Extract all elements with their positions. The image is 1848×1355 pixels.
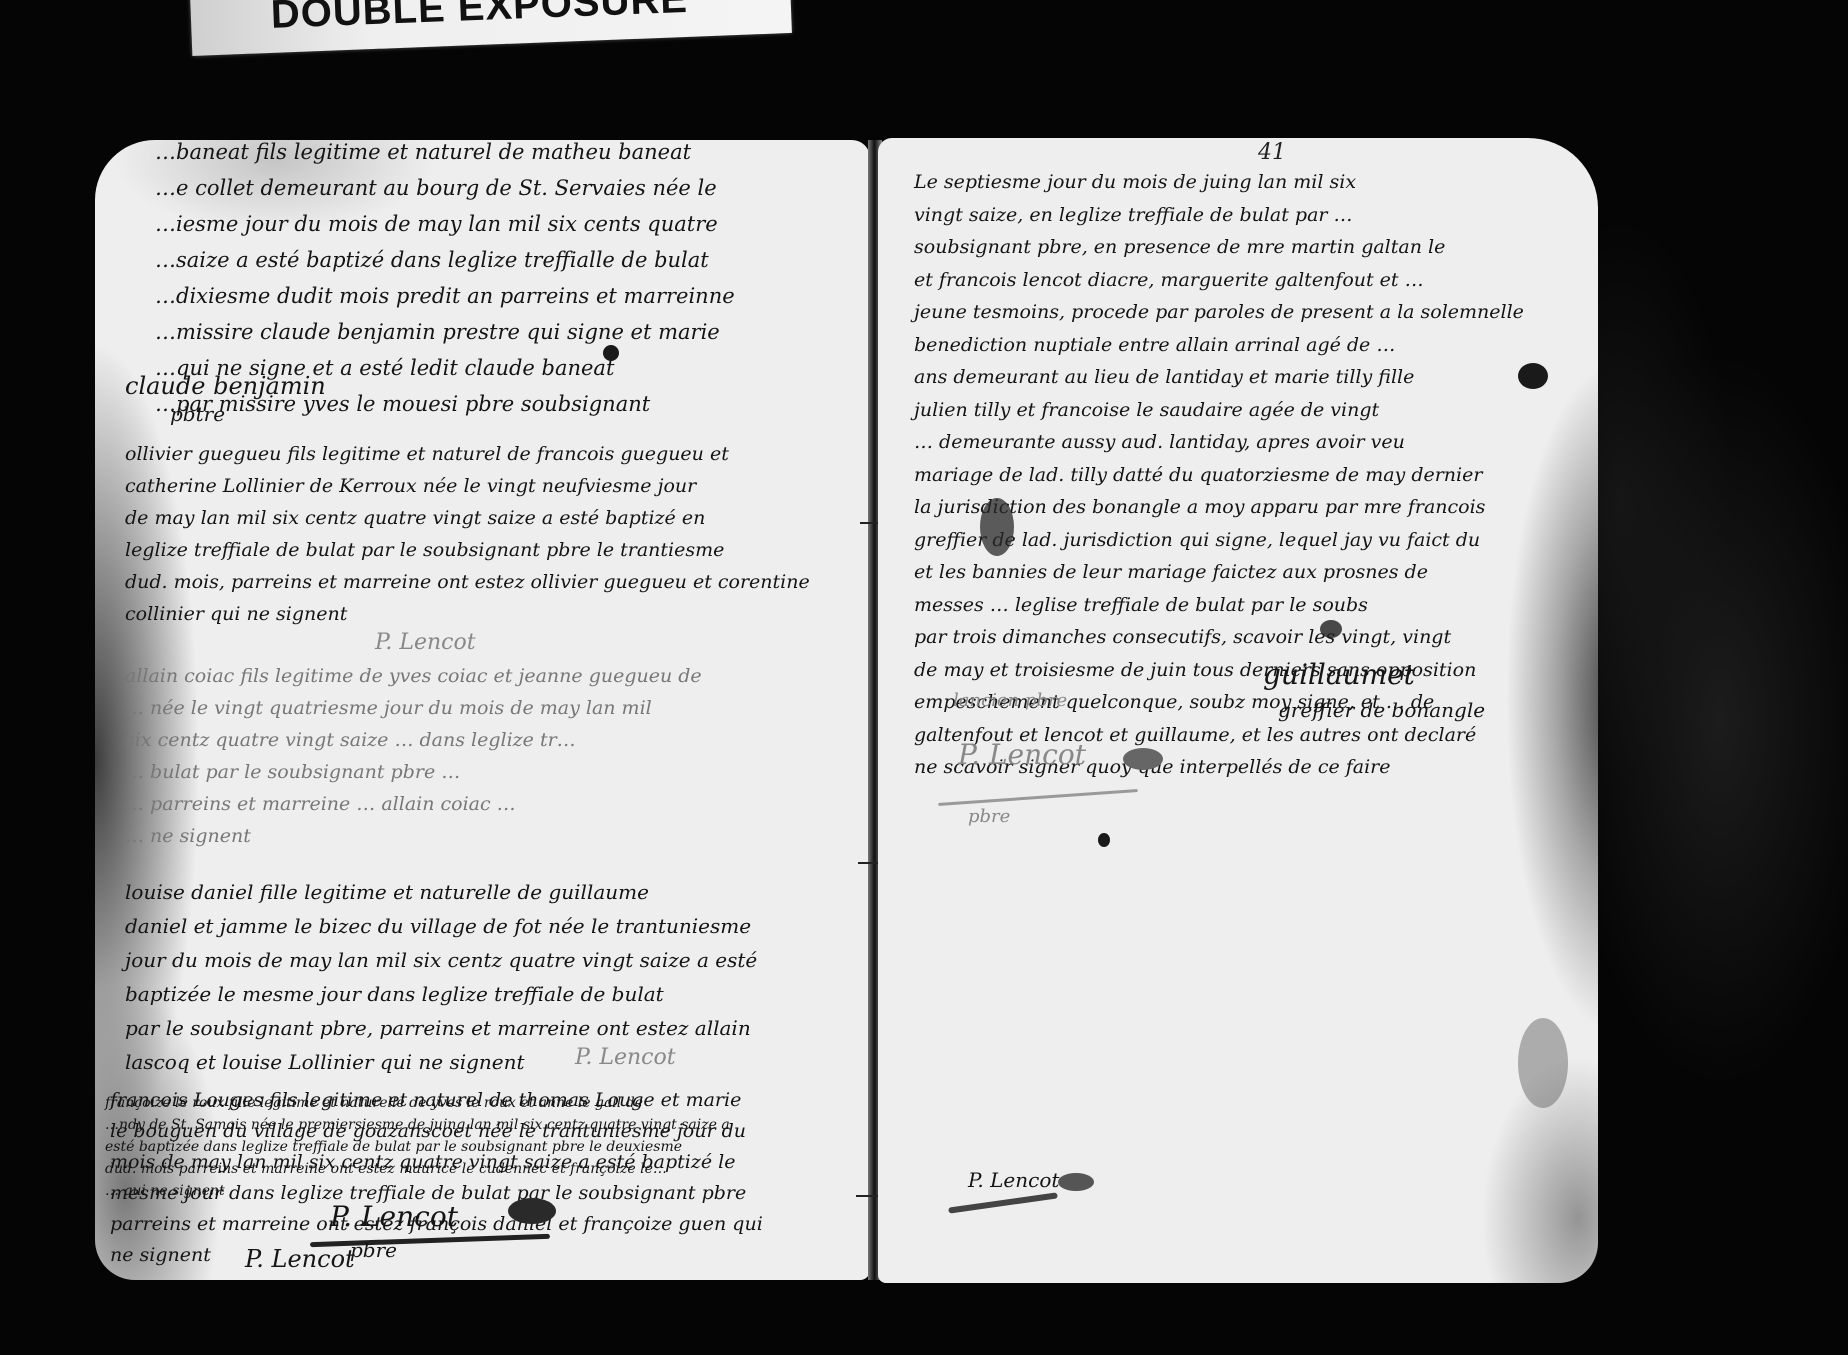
ink-blot xyxy=(1098,833,1110,847)
entry-line: benediction nuptiale entre allain arrina… xyxy=(914,329,1524,362)
signature-lencot: P. Lencot xyxy=(245,1245,355,1273)
label-text: DOUBLE EXPOSURE xyxy=(270,0,689,38)
entry-line: allain coiac fils legitime de yves coiac… xyxy=(125,660,702,692)
baptism-entry-3-faded: allain coiac fils legitime de yves coiac… xyxy=(125,660,702,852)
entry-line: daniel et jamme le bizec du village de f… xyxy=(125,909,757,943)
entry-line: dud. mois, parreins et marreine ont este… xyxy=(125,566,810,598)
signature-lencot-bottom: P. Lencot xyxy=(968,1168,1059,1192)
signature-guillaumet: guillaumet xyxy=(1263,658,1415,691)
entry-line: jour du mois de may lan mil six centz qu… xyxy=(125,943,757,977)
signature-paraph xyxy=(1123,748,1163,770)
baptism-entry-2: ollivier guegueu fils legitime et nature… xyxy=(125,438,810,630)
ink-stain xyxy=(980,498,1014,556)
entry-line: … ne signent xyxy=(125,820,702,852)
signature-faded: lancien pbre xyxy=(953,690,1067,711)
entry-line: baptizée le mesme jour dans leglize tref… xyxy=(125,977,757,1011)
signature-title: pbtre xyxy=(170,402,225,426)
entry-line: et les bannies de leur mariage faictez a… xyxy=(914,556,1524,589)
entry-line: par trois dimanches consecutifs, scavoir… xyxy=(914,621,1524,654)
page-number: 41 xyxy=(1258,140,1286,165)
entry-line: …e collet demeurant au bourg de St. Serv… xyxy=(155,170,735,206)
baptism-entry-6: françoize le roux fille legitime et natu… xyxy=(105,1092,730,1202)
entry-line: julien tilly et francoise le saudaire ag… xyxy=(914,394,1524,427)
entry-line: six centz quatre vingt saize … dans legl… xyxy=(125,724,702,756)
entry-line: …saize a esté baptizé dans leglize treff… xyxy=(155,242,735,278)
signature-lencot-final: P. Lencot xyxy=(330,1200,458,1233)
entry-line: catherine Lollinier de Kerroux née le vi… xyxy=(125,470,810,502)
entry-line: … demeurante aussy aud. lantiday, apres … xyxy=(914,426,1524,459)
entry-line: vingt saize, en leglize treffiale de bul… xyxy=(914,199,1524,232)
right-page: 41 Le septiesme jour du mois de juing la… xyxy=(878,138,1598,1283)
entry-line: … parreins et marreine … allain coiac … xyxy=(125,788,702,820)
entry-line: de may et troisiesme de juin tous dernie… xyxy=(914,654,1524,687)
entry-line: dud. mois parreins et marreine ont estez… xyxy=(105,1158,730,1180)
ink-blot xyxy=(1518,363,1548,389)
ink-stain xyxy=(1320,620,1342,638)
signature-title: pbre xyxy=(350,1238,397,1262)
signature-flourish xyxy=(948,1192,1058,1213)
ink-blot xyxy=(603,345,619,361)
entry-line: mariage de lad. tilly datté du quatorzie… xyxy=(914,459,1524,492)
entry-line: par le soubsignant pbre, parreins et mar… xyxy=(125,1011,757,1045)
signature-greffier: greffier de bonangle xyxy=(1278,698,1485,722)
signature-claude-benjamin: claude benjamin xyxy=(125,372,326,400)
entry-line: de may lan mil six centz quatre vingt sa… xyxy=(125,502,810,534)
signature-paraph xyxy=(1058,1173,1094,1191)
entry-line: …dixiesme dudit mois predit an parreins … xyxy=(155,278,735,314)
entry-line: esté baptizée dans leglize treffiale de … xyxy=(105,1136,730,1158)
entry-line: louise daniel fille legitime et naturell… xyxy=(125,875,757,909)
signature-title: pbre xyxy=(968,806,1010,827)
entry-line: leglize treffiale de bulat par le soubsi… xyxy=(125,534,810,566)
entry-line: … bulat par le soubsignant pbre … xyxy=(125,756,702,788)
water-stain xyxy=(1518,1018,1568,1108)
entry-line: messes … leglise treffiale de bulat par … xyxy=(914,589,1524,622)
entry-line: …iesme jour du mois de may lan mil six c… xyxy=(155,206,735,242)
entry-line: …missire claude benjamin prestre qui sig… xyxy=(155,314,735,350)
entry-line: …ndy de St. Samais née le premiersiesme … xyxy=(105,1114,730,1136)
entry-line: … née le vingt quatriesme jour du mois d… xyxy=(125,692,702,724)
signature-flourish xyxy=(938,789,1138,806)
entry-line: et francois lencot diacre, marguerite ga… xyxy=(914,264,1524,297)
entry-line: … qui ne signent xyxy=(105,1180,730,1202)
signature-lencot-faded: P. Lencot xyxy=(375,630,476,655)
entry-line: ans demeurant au lieu de lantiday et mar… xyxy=(914,361,1524,394)
signature-lencot-faded: P. Lencot xyxy=(575,1045,676,1070)
entry-line: collinier qui ne signent xyxy=(125,598,810,630)
signature-paraph xyxy=(508,1198,556,1224)
entry-line: ollivier guegueu fils legitime et nature… xyxy=(125,438,810,470)
entry-line: …baneat fils legitime et naturel de math… xyxy=(155,140,735,170)
entry-line: ne signent xyxy=(110,1240,763,1271)
entry-line: françoize le roux fille legitime et natu… xyxy=(105,1092,730,1114)
signature-lencot-faded: P. Lencot xyxy=(958,738,1086,771)
entry-line: Le septiesme jour du mois de juing lan m… xyxy=(914,166,1524,199)
entry-line: soubsignant pbre, en presence de mre mar… xyxy=(914,231,1524,264)
entry-line: jeune tesmoins, procede par paroles de p… xyxy=(914,296,1524,329)
